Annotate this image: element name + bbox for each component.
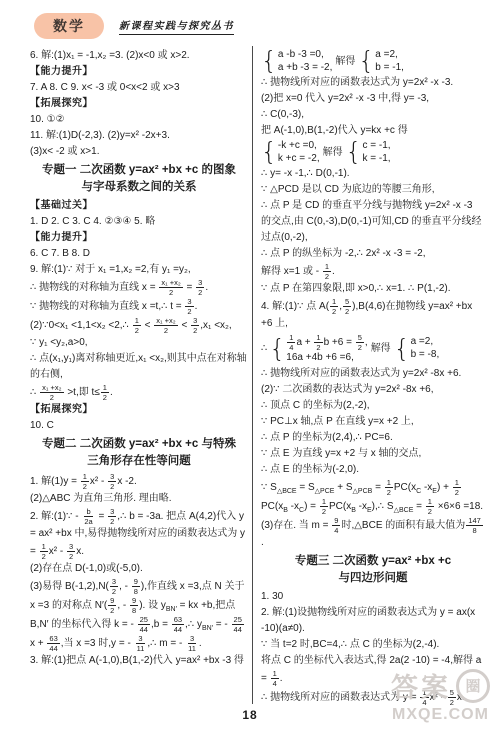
section-header-line: 专题二 二次函数 y=ax² +bx +c 与特殊 [30,436,248,453]
answer-line: ∴ 点 P 的纵坐标为 -2,∴ 2x² -x -3 = -2, [261,246,485,262]
equation: a =2, [411,336,440,349]
solve-label: 解得 [323,145,343,161]
equation: 14a + 12b +6 = 52, [286,333,367,352]
watermark-logo-row: 答案 圈 [391,666,490,705]
answer-line: ∴ 抛物线的对称轴为直线 x = x₁ +x₂2 = 32. [30,278,248,297]
fraction: 6344 [172,615,184,634]
equation: a =2, [375,49,404,62]
fraction: 14 [287,333,295,352]
section-header-line: 三角形存在性等问题 [30,453,248,470]
fraction: 12 [385,478,393,497]
fraction: x₁ +x₂2 [154,316,177,335]
left-column: 6. 解:(1)x₁ = -1,x₂ =3. (2)x<0 或 x>2.【能力提… [30,48,248,669]
subscript: △BCE [277,488,297,495]
fraction: 94 [332,516,340,535]
answer-line: (2)把 x=0 代入 y=2x² -x -3 中,得 y= -3, [261,91,485,107]
answer-line: 解得 x=1 或 - 12. [261,262,485,281]
column-divider [252,46,253,704]
equation: b = -1, [375,62,404,75]
subscript: E [432,488,437,495]
section-label: 【能力提升】 [30,230,248,246]
fraction: 32 [108,507,116,526]
brace-icon: { [269,338,285,361]
watermark-brand-text: 答案 [391,666,451,705]
equation-system-line: ∴{14a + 12b +6 = 52,16a +4b +6 =6,解得{a =… [261,333,485,365]
answer-line: ∵ △PCD 是以 CD 为底边的等腰三角形, [261,182,485,198]
watermark-circle-icon: 圈 [456,669,490,703]
section-header: 专题三 二次函数 y=ax² +bx +c与四边形问题 [261,553,485,587]
subscript: C [416,488,421,495]
subject-badge: 数学 [34,13,104,39]
answer-line: (3)易得 B(-1,2),N(32, - 98),作直线 x =3,点 N 关… [30,577,248,653]
fraction: 1478 [466,516,483,535]
answer-line: (2)△ABC 为直角三角形. 理由略. [30,491,248,507]
answer-line: 4. 解:(1)∵ 点 A(12,52),B(4,6)在抛物线 y=ax² +b… [261,297,485,332]
equation: a -b -3 =0, [278,49,332,62]
answer-line: ∴ 点 E 的坐标为(-2,0). [261,462,485,478]
subscript: BN′ [202,625,213,632]
answer-line: 10. ①② [30,112,248,128]
equation: 16a +4b +6 =6, [286,352,367,365]
equation-group: {c = -1,k = -1, [346,140,391,165]
subscript: E [367,507,372,514]
fraction: 12 [133,316,141,335]
answer-line: ∴ 点 P 的坐标为(2,4),∴ PC=6. [261,430,485,446]
equation: k = -1, [363,153,391,166]
fraction: 12 [101,383,109,402]
fraction: 92 [108,596,116,615]
fraction: 12 [426,497,434,516]
subscript: △BCE [394,507,414,514]
equation-group: {14a + 12b +6 = 52,16a +4b +6 =6, [269,333,367,365]
equation: -k +c =0, [278,140,320,153]
equation-group: {a =2,b = -8, [394,336,440,361]
fraction: 311 [135,634,147,653]
fraction: 12 [81,472,89,491]
answer-line: 7. A 8. C 9. x< -3 或 0<x<2 或 x>3 [30,80,248,96]
fraction: 12 [314,333,322,352]
answer-line: 2. 解:(1)设抛物线所对应的函数表达式为 y = ax(x -10)(a≠0… [261,605,485,637]
section-label: 【拓展探究】 [30,402,248,418]
equation-system-line: {-k +c =0,k +c = -2,解得{c = -1,k = -1, [261,140,485,165]
answer-line: 9. 解:(1)∵ 对于 x₁ =1,x₂ =2,有 y₁ =y₂, [30,262,248,278]
answer-line: ∵ 当 t=2 时,BC=4,∴ 点 C 的坐标为(2,-4). [261,637,485,653]
answer-line: 3. 解:(1)把点 A(-1,0),B(1,-2)代入 y=ax² +bx -… [30,653,248,669]
equation-group: {a =2,b = -1, [358,49,404,74]
answer-line: 6. 解:(1)x₁ = -1,x₂ =3. (2)x<0 或 x>2. [30,48,248,64]
equation: c = -1, [363,140,391,153]
brace-icon: { [261,50,277,73]
answer-line: ∵ S△BCE = S△PCE + S△PCB = 12PC(xC -xE) +… [261,478,485,516]
fraction: 52 [343,297,351,316]
answer-line: (3)x< -2 或 x>1. [30,144,248,160]
subscript: B [283,507,288,514]
answer-line: ∴ x₁ +x₂2 >t,即 t≤12. [30,383,248,402]
textbook-answer-page: 数学 新课程实践与探究丛书 6. 解:(1)x₁ = -1,x₂ =3. (2)… [0,0,500,730]
answer-line: (2)∵ 二次函数的表达式为 y=2x² -8x +6, [261,382,485,398]
fraction: 2544 [138,615,150,634]
answer-line: 1. 30 [261,589,485,605]
fraction: 14 [271,669,279,688]
fraction: 12 [330,297,338,316]
fraction: 12 [323,262,331,281]
equation-group: {-k +c =0,k +c = -2, [261,140,320,165]
fraction: 52 [356,333,364,352]
section-header-line: 专题三 二次函数 y=ax² +bx +c [261,553,485,570]
equation: k +c = -2, [278,153,320,166]
fraction: 311 [186,634,198,653]
equation-system-line: {a -b -3 =0,a +b -3 = -2,解得{a =2,b = -1, [261,49,485,74]
subscript: △PCB [353,488,373,495]
subscript: △PCE [315,488,335,495]
answer-line: ∵ y₁ <y₂,a>0, [30,335,248,351]
fraction: 2544 [232,615,244,634]
answer-line: ∴ 顶点 C 的坐标为(2,-2), [261,398,485,414]
section-header: 专题二 二次函数 y=ax² +bx +c 与特殊三角形存在性等问题 [30,436,248,470]
fraction: 98 [130,596,138,615]
equation-group: {a -b -3 =0,a +b -3 = -2, [261,49,332,74]
fraction: 32 [196,278,204,297]
section-header: 专题一 二次函数 y=ax² +bx +c 的图象与字母系数之间的关系 [30,162,248,196]
answer-line: ∵ 点 E 为直线 y=x +2 与 x 轴的交点, [261,446,485,462]
answer-line: ∵ 抛物线的对称轴为直线 x =t,∴ t = 32. [30,297,248,316]
brace-icon: { [346,141,362,164]
series-title: 新课程实践与探究丛书 [119,17,234,35]
answer-line: 6. C 7. B 8. D [30,246,248,262]
answer-line: ∵ PC⊥x 轴,点 P 在直线 y=x +2 上, [261,414,485,430]
answer-line: ∴ 点 P 是 CD 的垂直平分线与抛物线 y=2x² -x -3 的交点,由 … [261,198,485,246]
section-header-line: 与四边形问题 [261,570,485,587]
watermark: 答案 圈 MXQE.COM [391,666,490,724]
fraction: 12 [453,478,461,497]
answer-line: 2. 解:(1)∵ - b2a = 32,∴ b = -3a. 把点 A(4,2… [30,507,248,561]
watermark-site-text: MXQE.COM [391,706,490,724]
fraction: x₁ +x₂2 [40,383,63,402]
equation: a +b -3 = -2, [278,62,332,75]
equation: b = -8, [411,349,440,362]
section-header-line: 专题一 二次函数 y=ax² +bx +c 的图象 [30,162,248,179]
answer-line: ∴ 抛物线所对应的函数表达式为 y=2x² -x -3. [261,75,485,91]
subscript: B [351,507,356,514]
answer-line: (2)存在点 D(-1,0)或(-5,0). [30,561,248,577]
section-label: 【拓展探究】 [30,96,248,112]
fraction: x₁ +x₂2 [159,278,182,297]
answer-line: ∴ 抛物线所对应的函数表达式为 y=2x² -8x +6. [261,366,485,382]
answer-line: ∴ 点(x₁,y₁)离对称轴更近,x₁ <x₂,则其中点在对称轴的右侧, [30,351,248,383]
answer-line: ∴ C(0,-3), [261,107,485,123]
answer-line: ∴ y= -x -1,∴ D(0,-1). [261,166,485,182]
fraction: 6344 [47,634,59,653]
answer-line: (2)∵0<x₁ <1,1<x₂ <2,∴ 12 < x₁ +x₂2 < 32,… [30,316,248,335]
fraction: 12 [320,497,328,516]
fraction: 12 [40,542,48,561]
fraction: 32 [110,577,118,596]
answer-line: 1. D 2. C 3. C 4. ②③④ 5. 略 [30,214,248,230]
answer-line: (3)存在. 当 m = 94时,△BCE 的面积有最大值为1478. [261,516,485,551]
right-column: {a -b -3 =0,a +b -3 = -2,解得{a =2,b = -1,… [261,48,485,707]
section-label: 【基础过关】 [30,198,248,214]
solve-label: 解得 [335,54,355,70]
system-prefix: ∴ [261,341,267,357]
section-label: 【能力提升】 [30,64,248,80]
page-header: 数学 新课程实践与探究丛书 [34,13,234,39]
subscript: C [299,507,304,514]
fraction: b2a [82,507,94,526]
fraction: 32 [191,316,199,335]
brace-icon: { [358,50,374,73]
answer-line: 1. 解(1)y = 12x² - 32x -2. [30,472,248,491]
answer-line: 11. 解:(1)D(-2,3). (2)y=x² -2x+3. [30,128,248,144]
fraction: 98 [132,577,140,596]
brace-icon: { [394,338,410,361]
answer-line: 把 A(-1,0),B(1,-2)代入 y=kx +c 得 [261,123,485,139]
answer-line: ∵ 点 P 在第四象限,即 x>0,∴ x=1. ∴ P(1,-2). [261,281,485,297]
brace-icon: { [261,141,277,164]
fraction: 32 [67,542,75,561]
section-header-line: 与字母系数之间的关系 [30,179,248,196]
subscript: BN′ [166,606,177,613]
fraction: 32 [108,472,116,491]
solve-label: 解得 [371,341,391,357]
answer-line: 10. C [30,418,248,434]
fraction: 32 [185,297,193,316]
